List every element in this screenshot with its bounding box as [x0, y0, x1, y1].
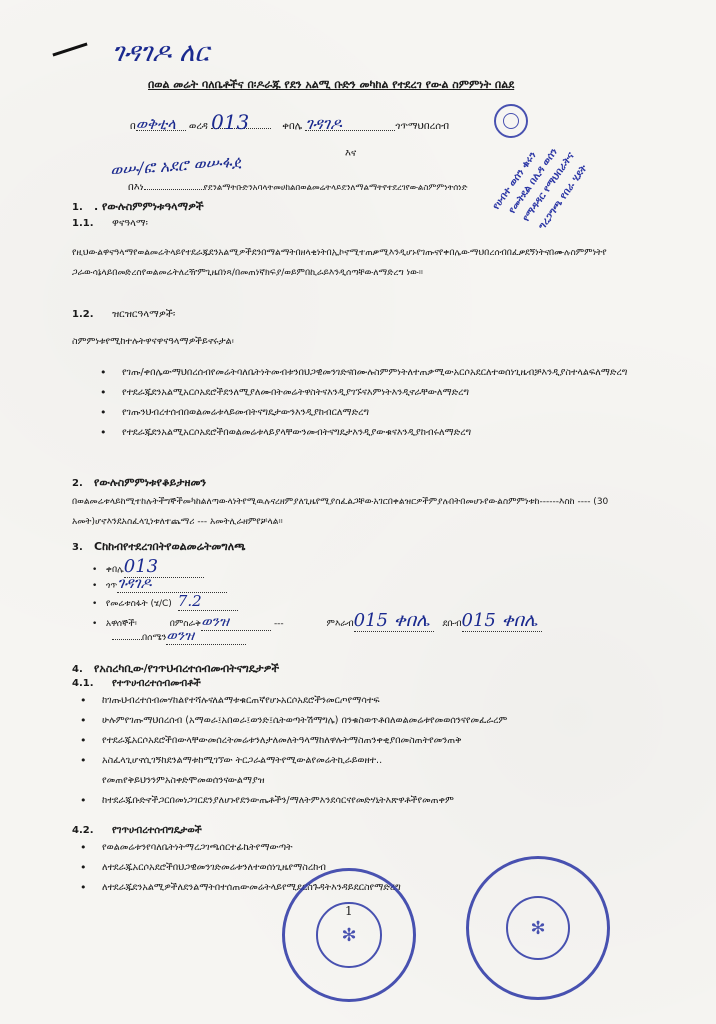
- parties-line-1: በወቅቲላ ወረዳ 013 ቀበሌ ገዳገዶጎጥማህበረሰብ: [130, 116, 449, 133]
- section-1-1-body: የዚህውልዋናዓላማየወልመሬትላይየተደራጁደንአልሚዎችደንበማልማትበዘላ…: [72, 243, 672, 283]
- field-area: • የመሬቱስፋት (ሄ/C)7.2: [92, 592, 712, 610]
- field-got: • ጎጥገዳገዶ: [92, 574, 712, 592]
- section-2-heading: 2.የውሉስምምነቱየቆይታዘመን: [72, 476, 672, 490]
- list-item: አስፈላጊሆኖሲገኝከደንልማቱከሚገኘው ትርጋራልማትየሚውልየመሬትኪራይ…: [72, 751, 672, 791]
- section-4: 4.የአስረካቢው/የገጥህብረተሰብመብትናግዴታዎች 4.1.የተጥሀብረተ…: [72, 662, 672, 898]
- top-dash-mark: [52, 43, 87, 57]
- group-name-handwritten: ወሡ/ፎ አደሮ ወሡፋዸ: [109, 151, 241, 180]
- section-4-2-heading: 4.2.የገጥሀብረተሰብግዴታወች: [72, 825, 672, 836]
- seal-emblem-icon: ✻: [341, 925, 356, 946]
- community-suffix: ጎጥማህበረሰብ: [395, 121, 449, 132]
- list-item: የተደራጁደንአልሚአርሶአደሮችበወልመሬቱላይያላቸውንመብትናግዴታእንዲ…: [92, 423, 672, 443]
- seal-emblem-icon: ✻: [530, 918, 545, 939]
- page-number: 1: [345, 904, 353, 918]
- field-kebele: • ቀበሌ013: [92, 556, 712, 574]
- document-page: ገዳገዶ ለር በወል መሬት ባለቤቶችና በ፡ዶራጁ የደን አልሚ ቡድን…: [0, 0, 716, 1024]
- zone-value: ወቅቲላ: [136, 118, 186, 131]
- section-3: 3.Cከከብየተደረገበትየወልመሬትመግለጫ • ቀበሌ013 • ጎጥገዳገ…: [72, 540, 712, 646]
- list-item: ከገጡህብረተሰብመሃከልየተሻሉናለልማቱቁርጠኛየሆኑአርሶአደሮችንመርጦ…: [72, 691, 672, 711]
- handwritten-title: ገዳገዶ ለር: [112, 38, 209, 69]
- woreda-value: 013: [211, 116, 271, 129]
- line2-blank: [144, 189, 204, 190]
- list-item: ሁሉምየገጡማህበረሰብ (አማወራ፤አበወራ፤ወንድ፤ሴትወጣትሽማግሌ) በ…: [72, 711, 672, 731]
- list-item: ከተደራጁቡድኖችጋርበመነጋገርደንያለሆኑየደንውጤቶችን/ማለትምእንደሳ…: [72, 791, 672, 811]
- seal-inner: [503, 113, 519, 129]
- section-4-1-list: ከገጡህብረተሰብመሃከልየተሻሉናለልማቱቁርጠኛየሆኑአርሶአደሮችንመርጦ…: [72, 691, 672, 811]
- section-1: 1.. የውሉስምምነቱዓላማዎች 1.1.ዋናዓላማ፡ የዚህውልዋናዓላማየ…: [72, 200, 672, 443]
- section-2: 2.የውሉስምምነቱየቆይታዘመን በወልመሬቱላይከሚተከሉትችግኞችመካከል…: [72, 476, 672, 532]
- section-4-heading: 4.የአስረካቢው/የገጥህብረተሰብመብትናግዴታዎች: [72, 662, 672, 676]
- kebele-value: ገዳገዶ: [305, 118, 395, 131]
- section-1-2-heading: 1.2.ዝርዝርዓላማዎች፡: [72, 309, 672, 320]
- official-seal-left: ✻: [282, 868, 416, 1002]
- field-boundaries: • አዋሰኞች፡ በምስራቅወንዝ --- ምእራብ015 ቀበሌ ደቡብ015…: [92, 610, 712, 628]
- list-item: የገጡንህብረተሰብበወልመሬቱላይመብትናግዴታውንእንዲያከብርለማድረግ: [92, 403, 672, 423]
- seal-stamp-small: [494, 104, 528, 138]
- list-item: የተደራጁአርሶአደሮችበውላቸውመሰረትመሬቱንለታለመለትዓላማከለዋሉትማ…: [72, 731, 672, 751]
- section-1-heading: 1.. የውሉስምምነቱዓላማዎች: [72, 200, 672, 214]
- section-4-1-heading: 4.1.የተጥሀብረተሰብመብቶች: [72, 678, 672, 689]
- section-1-1-heading: 1.1.ዋናዓላማ፡: [72, 218, 672, 229]
- list-item: የገጡ/ቀበሌውማህበረሰብየመሬትባለቤትነትመብቱንበህጋዊመንገድናበሙሉ…: [92, 363, 672, 383]
- section-3-heading: 3.Cከከብየተደረገበትየወልመሬትመግለጫ: [72, 540, 712, 554]
- parties-line-2: በእነየደንልማትቡድንአባላትመሀከልበወልመሬትላይደንለማልማትየተደረገ…: [128, 182, 468, 194]
- seal-inner-ring: ✻: [506, 896, 571, 961]
- line2-prefix: በእነ: [128, 182, 144, 193]
- section-1-2-intro: ስምምነቱየሚከተሉትዋናዋናዓላማዎችይኖሩታል፡: [72, 336, 672, 347]
- official-seal-right: ✻: [466, 856, 610, 1000]
- section-1-2-list: የገጡ/ቀበሌውማህበረሰብየመሬትባለቤትነትመብቱንበህጋዊመንገድናበሙሉ…: [92, 363, 672, 443]
- section-2-body: በወልመሬቱላይከሚተከሉትችግኞችመካከልለጣውላነትየሚዉሉናረዘምያለጊዜ…: [72, 492, 672, 532]
- document-title: በወል መሬት ባለቤቶችና በ፡ዶራጁ የደን አልሚ ቡድን መካከል የተ…: [148, 78, 588, 92]
- and-word: እና: [345, 148, 356, 160]
- list-item: የወልመሬቱንየባለቤትነትማረጋገጫሰርተፊኬትየማውጣት: [72, 838, 672, 858]
- kebele-label: ቀበሌ: [282, 121, 302, 132]
- list-item: የተደራጁደንአልሚአርሶአደሮችደንለሚያለሙበትመሬትዋስትናእንዲያገኙና…: [92, 383, 672, 403]
- line2-text: የደንልማትቡድንአባላትመሀከልበወልመሬትላይደንለማልማትየተደረገየውል…: [204, 183, 468, 193]
- woreda-label: ወረዳ: [189, 121, 208, 132]
